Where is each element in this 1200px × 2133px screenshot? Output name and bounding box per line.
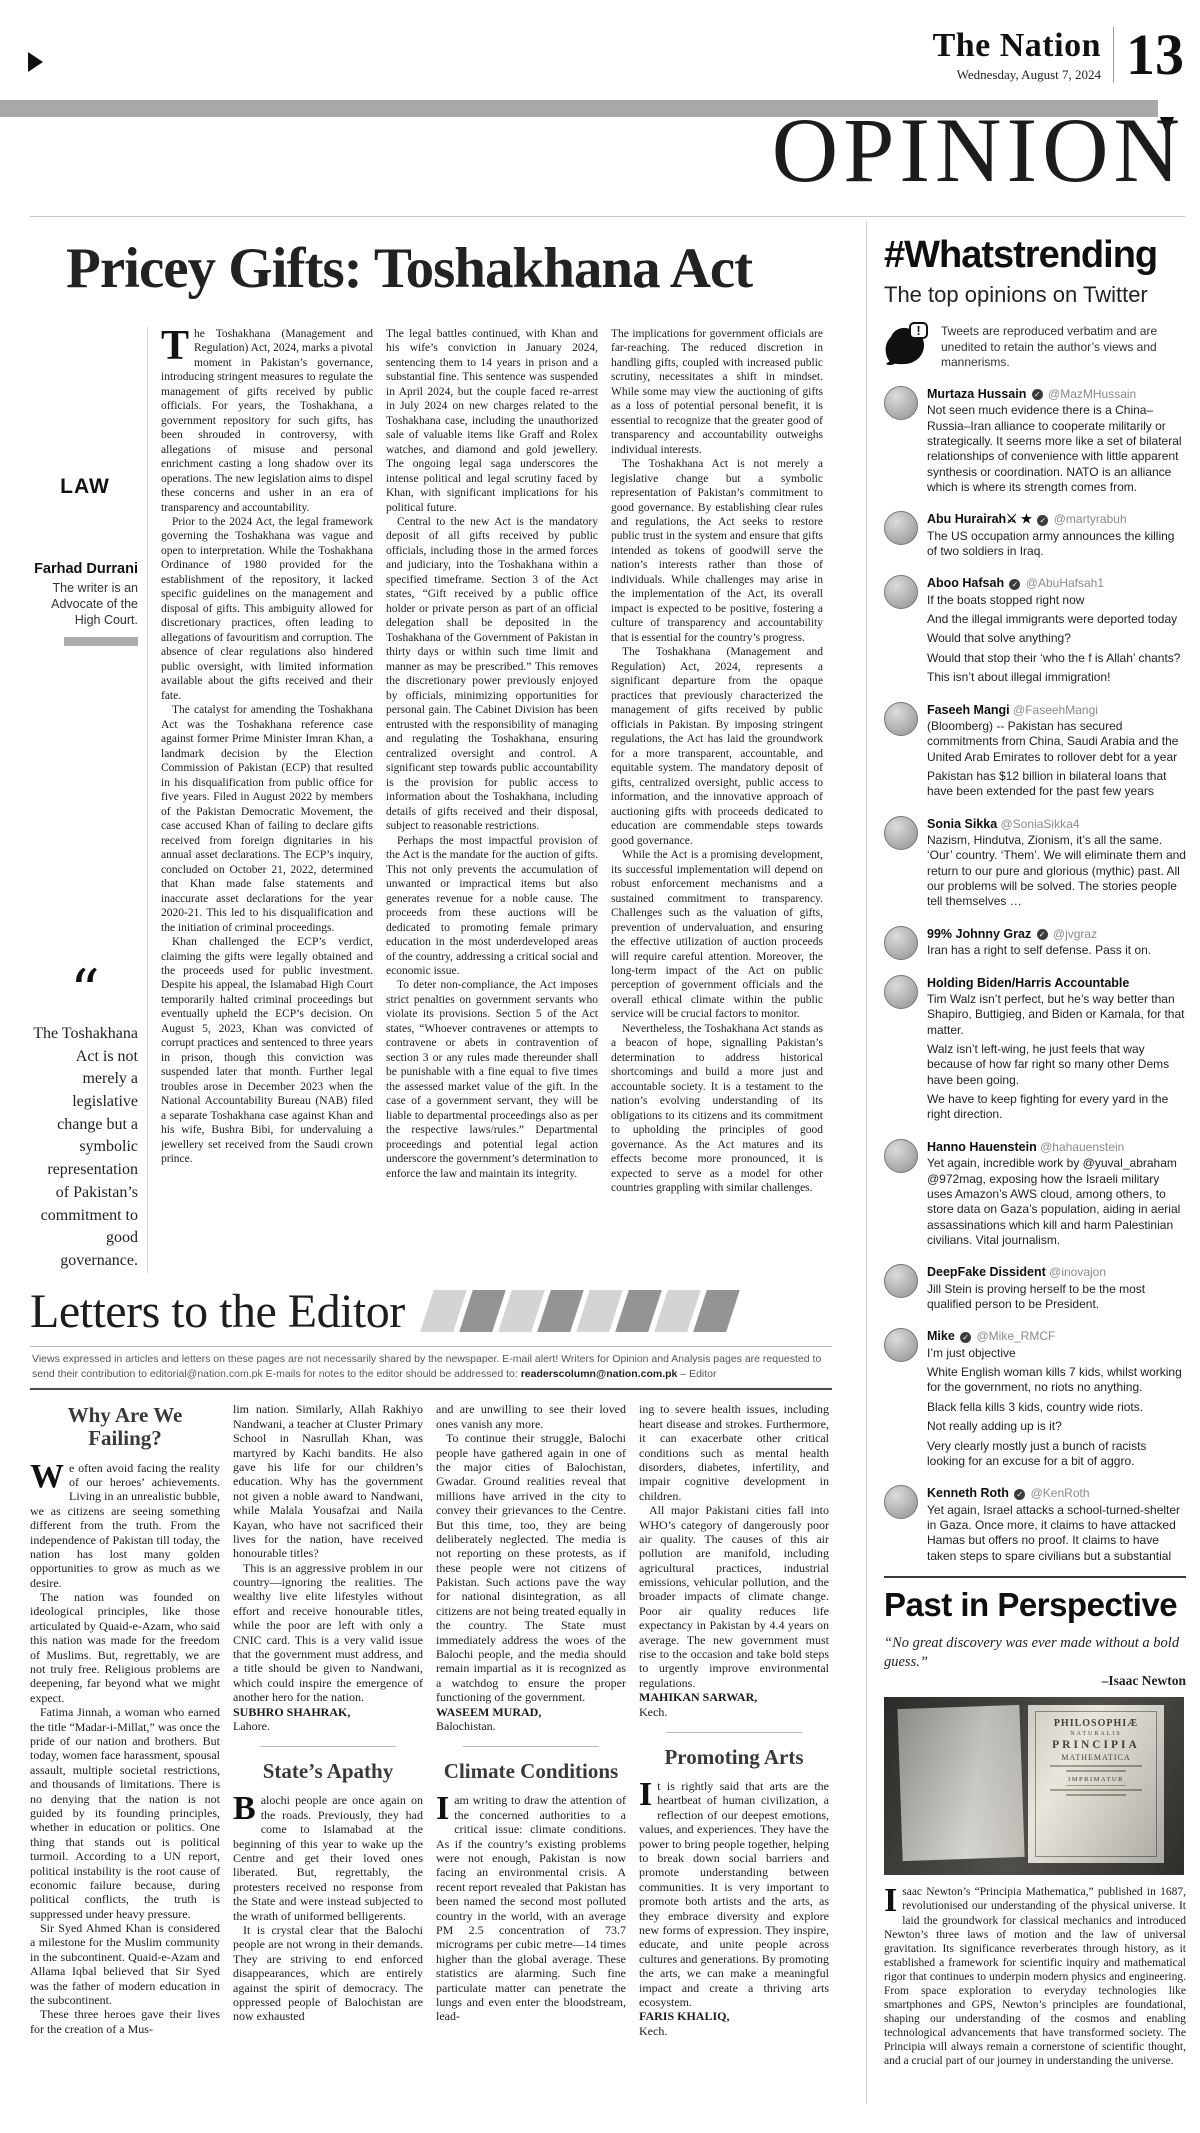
tweet-content: Hanno Hauenstein ✓ @hahauenstein Yet aga… bbox=[927, 1139, 1186, 1253]
article-margin-column: LAW Farhad Durrani The writer is an Advo… bbox=[32, 327, 148, 1273]
letter-location: Lahore. bbox=[233, 1719, 423, 1733]
tweet: DeepFake Dissident ✓ @inovajon Jill Stei… bbox=[884, 1264, 1186, 1316]
letter-title: Why Are We Failing? bbox=[30, 1404, 220, 1450]
letter-paragraph: This is an aggressive problem in our cou… bbox=[233, 1561, 423, 1705]
tweet-handle: @SoniaSikka4 bbox=[1001, 817, 1080, 831]
tweet-header: Hanno Hauenstein ✓ @hahauenstein bbox=[927, 1139, 1186, 1155]
main-article: Pricey Gifts: Toshakhana Act LAW Farhad … bbox=[32, 228, 832, 1286]
letter-paragraph: ing to severe health issues, including h… bbox=[639, 1402, 829, 1503]
article-paragraph: The Toshakhana Act is not merely a legis… bbox=[611, 457, 823, 645]
article-paragraph: Prior to the 2024 Act, the legal framewo… bbox=[161, 515, 373, 703]
letter-title: Promoting Arts bbox=[639, 1746, 829, 1769]
tweet-content: Abu Hurairah⚔ ★ ✓ @martyrabuh The US occ… bbox=[927, 511, 1186, 563]
tweet: Abu Hurairah⚔ ★ ✓ @martyrabuh The US occ… bbox=[884, 511, 1186, 563]
letter-title: State’s Apathy bbox=[233, 1760, 423, 1783]
tweet-header: Aboo Hafsah ✓ @AbuHafsah1 bbox=[927, 575, 1180, 591]
article-body: LAW Farhad Durrani The writer is an Advo… bbox=[32, 327, 832, 1273]
author-rule bbox=[64, 637, 138, 646]
letter-paragraph: We often avoid facing the reality of our… bbox=[30, 1461, 220, 1591]
verified-badge-icon: ✓ bbox=[1037, 929, 1048, 940]
letter-signature: WASEEM MURAD, bbox=[436, 1705, 626, 1719]
tweet-author: Murtaza Hussain bbox=[927, 387, 1026, 401]
avatar bbox=[884, 926, 918, 960]
letters-column-2: lim nation. Similarly, Allah Rakhiyo Nan… bbox=[233, 1402, 423, 2078]
letters-disclaimer: Views expressed in articles and letters … bbox=[30, 1346, 832, 1390]
avatar bbox=[884, 816, 918, 850]
book-title-line: PHILOSOPHIÆ bbox=[1040, 1718, 1152, 1729]
article-paragraph: The implications for government official… bbox=[611, 327, 823, 457]
tweet-content: Faseeh Mangi ✓ @FaseehMangi (Bloomberg) … bbox=[927, 702, 1186, 804]
tweet-body: Not seen much evidence there is a China–… bbox=[927, 403, 1186, 495]
letter-divider bbox=[463, 1746, 600, 1747]
tweet-body: Yet again, incredible work by @yuval_abr… bbox=[927, 1156, 1186, 1248]
book-title-line: NATURALIS bbox=[1040, 1731, 1152, 1737]
verified-badge-icon: ✓ bbox=[1014, 1489, 1025, 1500]
letters-heading: Letters to the Editor bbox=[30, 1288, 405, 1336]
tweet-handle: @martyrabuh bbox=[1054, 512, 1127, 526]
tweet-header: Faseeh Mangi ✓ @FaseehMangi bbox=[927, 702, 1186, 718]
letters-header: Letters to the Editor bbox=[30, 1288, 832, 1336]
letter-divider bbox=[260, 1746, 397, 1747]
article-column-1: The Toshakhana (Management and Regulatio… bbox=[161, 327, 373, 1273]
tweet-header: Sonia Sikka ✓ @SoniaSikka4 bbox=[927, 816, 1186, 832]
letter-paragraph: Balochi people are once again on the roa… bbox=[233, 1793, 423, 1923]
tweet-text: Walz isn’t left-wing, he just feels that… bbox=[927, 1042, 1186, 1088]
tweet-body: If the boats stopped right nowAnd the il… bbox=[927, 593, 1180, 686]
stripe bbox=[537, 1290, 584, 1332]
tweet-author: Holding Biden/Harris Accountable bbox=[927, 976, 1129, 990]
tweet-header: Murtaza Hussain ✓ @MazMHussain bbox=[927, 386, 1186, 402]
avatar bbox=[884, 511, 918, 545]
tweet-header: Abu Hurairah⚔ ★ ✓ @martyrabuh bbox=[927, 511, 1186, 527]
article-paragraph: While the Act is a promising development… bbox=[611, 848, 823, 1022]
page-number: 13 bbox=[1114, 26, 1184, 84]
article-headline: Pricey Gifts: Toshakhana Act bbox=[66, 238, 832, 301]
drop-cap: T bbox=[161, 327, 194, 363]
tweet: Faseeh Mangi ✓ @FaseehMangi (Bloomberg) … bbox=[884, 702, 1186, 804]
letter-paragraph: lim nation. Similarly, Allah Rakhiyo Nan… bbox=[233, 1402, 423, 1560]
article-kicker: LAW bbox=[32, 475, 138, 499]
stripe bbox=[459, 1290, 506, 1332]
tweets-list: Murtaza Hussain ✓ @MazMHussain Not seen … bbox=[884, 386, 1186, 1566]
whatstrending-heading: #Whatstrending bbox=[884, 234, 1186, 277]
tweet-text: This isn’t about illegal immigration! bbox=[927, 670, 1180, 685]
article-paragraph: The catalyst for amending the Toshakhana… bbox=[161, 703, 373, 935]
tweet-author: Abu Hurairah⚔ ★ bbox=[927, 512, 1032, 526]
verified-badge-icon: ✓ bbox=[1032, 389, 1043, 400]
tweet-header: Kenneth Roth ✓ @KenRoth bbox=[927, 1485, 1186, 1501]
tweet-author: DeepFake Dissident bbox=[927, 1265, 1046, 1279]
past-quote: “No great discovery was ever made withou… bbox=[884, 1634, 1186, 1672]
avatar bbox=[884, 702, 918, 736]
article-paragraph: The legal battles continued, with Khan a… bbox=[386, 327, 598, 515]
verified-badge-icon: ✓ bbox=[1037, 515, 1048, 526]
book-title-line: IMPRIMATUR bbox=[1040, 1776, 1152, 1783]
tweet-author: Aboo Hafsah bbox=[927, 576, 1004, 590]
letters-section: Letters to the Editor Views expressed in… bbox=[30, 1288, 832, 2133]
quote-mark-icon: “ bbox=[32, 965, 138, 1017]
stripe bbox=[654, 1290, 701, 1332]
stripe bbox=[498, 1290, 545, 1332]
letter-signature: MAHIKAN SARWAR, bbox=[639, 1690, 829, 1704]
tweet-text: Not really adding up is it? bbox=[927, 1419, 1186, 1434]
letter-location: Balochistan. bbox=[436, 1719, 626, 1733]
tweet-handle: @FaseehMangi bbox=[1013, 703, 1098, 717]
letter-paragraph: and are unwilling to see their loved one… bbox=[436, 1402, 626, 1431]
newspaper-page: The Nation Wednesday, August 7, 2024 13 … bbox=[0, 0, 1200, 2133]
tweet-text: Not seen much evidence there is a China–… bbox=[927, 403, 1186, 495]
letter-paragraph: The nation was founded on ideological pr… bbox=[30, 1590, 220, 1705]
book-title-box: PHILOSOPHIÆ NATURALIS PRINCIPIA MATHEMAT… bbox=[1035, 1711, 1157, 1857]
letter-signature: SUBHRO SHAHRAK, bbox=[233, 1705, 423, 1719]
book-decorative-line bbox=[1066, 1770, 1126, 1772]
tweet-header: Holding Biden/Harris Accountable ✓ bbox=[927, 975, 1186, 991]
tweet-content: Murtaza Hussain ✓ @MazMHussain Not seen … bbox=[927, 386, 1186, 500]
tweet-author: Mike bbox=[927, 1329, 955, 1343]
tweet-text: White English woman kills 7 kids, whilst… bbox=[927, 1365, 1186, 1396]
drop-cap: I bbox=[884, 1885, 902, 1915]
tweet-handle: @inovajon bbox=[1049, 1265, 1106, 1279]
stripe bbox=[615, 1290, 662, 1332]
letters-columns: Why Are We Failing? We often avoid facin… bbox=[30, 1402, 832, 2078]
stripe bbox=[693, 1290, 740, 1332]
tweet-text: I’m just objective bbox=[927, 1346, 1186, 1361]
verified-badge-icon: ✓ bbox=[1009, 579, 1020, 590]
avatar bbox=[884, 575, 918, 609]
letter-signature: FARIS KHALIQ, bbox=[639, 2009, 829, 2023]
book-title-line: PRINCIPIA bbox=[1040, 1739, 1152, 1751]
article-column-3: The implications for government official… bbox=[611, 327, 823, 1273]
tweet-content: DeepFake Dissident ✓ @inovajon Jill Stei… bbox=[927, 1264, 1186, 1316]
tweet: Sonia Sikka ✓ @SoniaSikka4 Nazism, Hindu… bbox=[884, 816, 1186, 914]
article-paragraph: To deter non-compliance, the Act imposes… bbox=[386, 978, 598, 1181]
article-paragraph: The Toshakhana (Management and Regulatio… bbox=[161, 327, 373, 515]
letter-title: Climate Conditions bbox=[436, 1760, 626, 1783]
tweet-text: If the boats stopped right now bbox=[927, 593, 1180, 608]
svg-text:!: ! bbox=[916, 323, 920, 338]
past-body: Isaac Newton’s “Principia Mathematica,” … bbox=[884, 1885, 1186, 2067]
tweet-author: Sonia Sikka bbox=[927, 817, 997, 831]
tweet-body: Jill Stein is proving herself to be the … bbox=[927, 1282, 1186, 1313]
avatar bbox=[884, 1139, 918, 1173]
twitter-bird-icon: ! bbox=[884, 322, 932, 368]
tweet-body: I’m just objectiveWhite English woman ki… bbox=[927, 1346, 1186, 1470]
author-block: Farhad Durrani The writer is an Advocate… bbox=[32, 561, 138, 647]
avatar bbox=[884, 1328, 918, 1362]
tweet-text: And the illegal immigrants were deported… bbox=[927, 612, 1180, 627]
article-paragraph: Nevertheless, the Toshakhana Act stands … bbox=[611, 1022, 823, 1196]
tweets-disclaimer: ! Tweets are reproduced verbatim and are… bbox=[884, 322, 1186, 371]
letter-divider bbox=[666, 1732, 803, 1733]
book-decorative-line bbox=[1050, 1789, 1142, 1791]
tweet: Holding Biden/Harris Accountable ✓ Tim W… bbox=[884, 975, 1186, 1127]
book-right-page: PHILOSOPHIÆ NATURALIS PRINCIPIA MATHEMAT… bbox=[1028, 1705, 1164, 1863]
whatstrending-sidebar: #Whatstrending The top opinions on Twitt… bbox=[866, 222, 1188, 2104]
avatar bbox=[884, 1264, 918, 1298]
tweet-body: Iran has a right to self defense. Pass i… bbox=[927, 943, 1151, 958]
letter-paragraph: All major Pakistani cities fall into WHO… bbox=[639, 1503, 829, 1690]
tweet-body: The US occupation army announces the kil… bbox=[927, 529, 1186, 560]
tweet: Mike ✓ @Mike_RMCF I’m just objectiveWhit… bbox=[884, 1328, 1186, 1473]
past-in-perspective: Past in Perspective “No great discovery … bbox=[884, 1576, 1186, 2068]
letter-paragraph: Iam writing to draw the attention of the… bbox=[436, 1793, 626, 2023]
tweet-text: Would that stop their ‘who the f is Alla… bbox=[927, 651, 1180, 666]
letters-column-4: ing to severe health issues, including h… bbox=[639, 1402, 829, 2078]
stripe bbox=[576, 1290, 623, 1332]
book-title-line: MATHEMATICA bbox=[1040, 1753, 1152, 1762]
tweet-text: Pakistan has $12 billion in bilateral lo… bbox=[927, 769, 1186, 800]
tweet-handle: @hahauenstein bbox=[1040, 1140, 1124, 1154]
pull-quote-text: The Toshakhana Act is not merely a legis… bbox=[32, 1023, 138, 1273]
letter-paragraph: Fatima Jinnah, a woman who earned the ti… bbox=[30, 1705, 220, 1921]
avatar bbox=[884, 975, 918, 1009]
book-decorative-line bbox=[1050, 1765, 1142, 1767]
tweet: Kenneth Roth ✓ @KenRoth Yet again, Israe… bbox=[884, 1485, 1186, 1566]
tweet: Hanno Hauenstein ✓ @hahauenstein Yet aga… bbox=[884, 1139, 1186, 1253]
book-decorative-line bbox=[1066, 1794, 1126, 1796]
section-divider bbox=[30, 216, 1185, 217]
article-paragraph: Central to the new Act is the mandatory … bbox=[386, 515, 598, 834]
letters-column-3: and are unwilling to see their loved one… bbox=[436, 1402, 626, 2078]
tweet-text: Tim Walz isn’t perfect, but he’s way bet… bbox=[927, 992, 1186, 1038]
letter-paragraph: It is crystal clear that the Balochi peo… bbox=[233, 1923, 423, 2024]
tweet-body: Yet again, Israel attacks a school-turne… bbox=[927, 1503, 1186, 1566]
letters-column-1: Why Are We Failing? We often avoid facin… bbox=[30, 1402, 220, 2078]
principia-book-photo: PHILOSOPHIÆ NATURALIS PRINCIPIA MATHEMAT… bbox=[884, 1697, 1184, 1875]
tweet-text: Iran has a right to self defense. Pass i… bbox=[927, 943, 1151, 958]
section-title: OPINION bbox=[772, 104, 1185, 196]
letter-paragraph: To continue their struggle, Balochi peop… bbox=[436, 1431, 626, 1704]
tweet-author: Kenneth Roth bbox=[927, 1486, 1009, 1500]
newspaper-name: The Nation bbox=[933, 27, 1101, 65]
tweet-text: The US occupation army announces the kil… bbox=[927, 529, 1186, 560]
past-divider bbox=[884, 1576, 1186, 1578]
reader-email: readerscolumn@nation.com.pk bbox=[521, 1368, 678, 1380]
letter-location: Kech. bbox=[639, 2024, 829, 2038]
tweet-text: Very clearly mostly just a bunch of raci… bbox=[927, 1439, 1186, 1470]
tweet-author: Faseeh Mangi bbox=[927, 703, 1010, 717]
avatar bbox=[884, 1485, 918, 1519]
avatar bbox=[884, 386, 918, 420]
tweet-text: Jill Stein is proving herself to be the … bbox=[927, 1282, 1186, 1313]
tweet-text: We have to keep fighting for every yard … bbox=[927, 1092, 1186, 1123]
page-fold-marker-icon bbox=[28, 52, 43, 72]
stripe bbox=[420, 1290, 467, 1332]
tweet-body: Tim Walz isn’t perfect, but he’s way bet… bbox=[927, 992, 1186, 1123]
letter-paragraph: These three heroes gave their lives for … bbox=[30, 2007, 220, 2036]
drop-cap: B bbox=[233, 1793, 261, 1823]
tweet-header: Mike ✓ @Mike_RMCF bbox=[927, 1328, 1186, 1344]
letters-stripes bbox=[427, 1290, 733, 1332]
tweet-text: (Bloomberg) -- Pakistan has secured comm… bbox=[927, 719, 1186, 765]
article-column-2: The legal battles continued, with Khan a… bbox=[386, 327, 598, 1273]
tweet-header: 99% Johnny Graz ✓ @jvgraz bbox=[927, 926, 1151, 942]
past-quote-attribution: –Isaac Newton bbox=[884, 1673, 1186, 1689]
book-decorative-line bbox=[1066, 1785, 1126, 1787]
tweet-author: 99% Johnny Graz bbox=[927, 927, 1031, 941]
masthead-text: The Nation Wednesday, August 7, 2024 bbox=[933, 27, 1114, 83]
drop-cap: I bbox=[436, 1793, 454, 1823]
past-heading: Past in Perspective bbox=[884, 1586, 1186, 1624]
tweet: 99% Johnny Graz ✓ @jvgraz Iran has a rig… bbox=[884, 926, 1186, 963]
tweet-handle: @jvgraz bbox=[1053, 927, 1097, 941]
tweet: Murtaza Hussain ✓ @MazMHussain Not seen … bbox=[884, 386, 1186, 500]
verified-badge-icon: ✓ bbox=[960, 1332, 971, 1343]
tweet-handle: @MazMHussain bbox=[1048, 387, 1136, 401]
tweet-text: Black fella kills 3 kids, country wide r… bbox=[927, 1400, 1186, 1415]
tweet-content: 99% Johnny Graz ✓ @jvgraz Iran has a rig… bbox=[927, 926, 1151, 963]
drop-cap: W bbox=[30, 1461, 69, 1491]
masthead: The Nation Wednesday, August 7, 2024 13 bbox=[933, 26, 1184, 84]
author-name: Farhad Durrani bbox=[32, 561, 138, 577]
tweet-text: Yet again, incredible work by @yuval_abr… bbox=[927, 1156, 1186, 1248]
tweet-body: Nazism, Hindutva, Zionism, it’s all the … bbox=[927, 833, 1186, 910]
article-paragraph: Khan challenged the ECP’s verdict, claim… bbox=[161, 935, 373, 1167]
article-paragraph: The Toshakhana (Management and Regulatio… bbox=[611, 645, 823, 848]
drop-cap: I bbox=[639, 1779, 657, 1809]
book-left-page bbox=[897, 1705, 1024, 1861]
pull-quote: “ The Toshakhana Act is not merely a leg… bbox=[32, 965, 138, 1273]
tweet-text: Would that solve anything? bbox=[927, 631, 1180, 646]
tweet-content: Holding Biden/Harris Accountable ✓ Tim W… bbox=[927, 975, 1186, 1127]
issue-date: Wednesday, August 7, 2024 bbox=[933, 67, 1101, 83]
tweet: Aboo Hafsah ✓ @AbuHafsah1 If the boats s… bbox=[884, 575, 1186, 689]
author-bio: The writer is an Advocate of the High Co… bbox=[32, 580, 138, 629]
tweet-handle: @KenRoth bbox=[1031, 1486, 1090, 1500]
tweet-body: (Bloomberg) -- Pakistan has secured comm… bbox=[927, 719, 1186, 800]
tweet-content: Mike ✓ @Mike_RMCF I’m just objectiveWhit… bbox=[927, 1328, 1186, 1473]
whatstrending-subheading: The top opinions on Twitter bbox=[884, 282, 1186, 308]
tweet-handle: @Mike_RMCF bbox=[976, 1329, 1055, 1343]
letter-paragraph: Sir Syed Ahmed Khan is considered a mile… bbox=[30, 1921, 220, 2007]
tweet-content: Kenneth Roth ✓ @KenRoth Yet again, Israe… bbox=[927, 1485, 1186, 1566]
letter-location: Kech. bbox=[639, 1705, 829, 1719]
tweet-header: DeepFake Dissident ✓ @inovajon bbox=[927, 1264, 1186, 1280]
article-paragraph: Perhaps the most impactful provision of … bbox=[386, 834, 598, 979]
tweet-text: Nazism, Hindutva, Zionism, it’s all the … bbox=[927, 833, 1186, 910]
tweet-handle: @AbuHafsah1 bbox=[1026, 576, 1104, 590]
tweet-text: Yet again, Israel attacks a school-turne… bbox=[927, 1503, 1186, 1566]
tweets-disclaimer-text: Tweets are reproduced verbatim and are u… bbox=[941, 322, 1186, 371]
tweet-content: Aboo Hafsah ✓ @AbuHafsah1 If the boats s… bbox=[927, 575, 1180, 689]
tweet-author: Hanno Hauenstein bbox=[927, 1140, 1037, 1154]
tweet-content: Sonia Sikka ✓ @SoniaSikka4 Nazism, Hindu… bbox=[927, 816, 1186, 914]
letter-paragraph: It is rightly said that arts are the hea… bbox=[639, 1779, 829, 2009]
